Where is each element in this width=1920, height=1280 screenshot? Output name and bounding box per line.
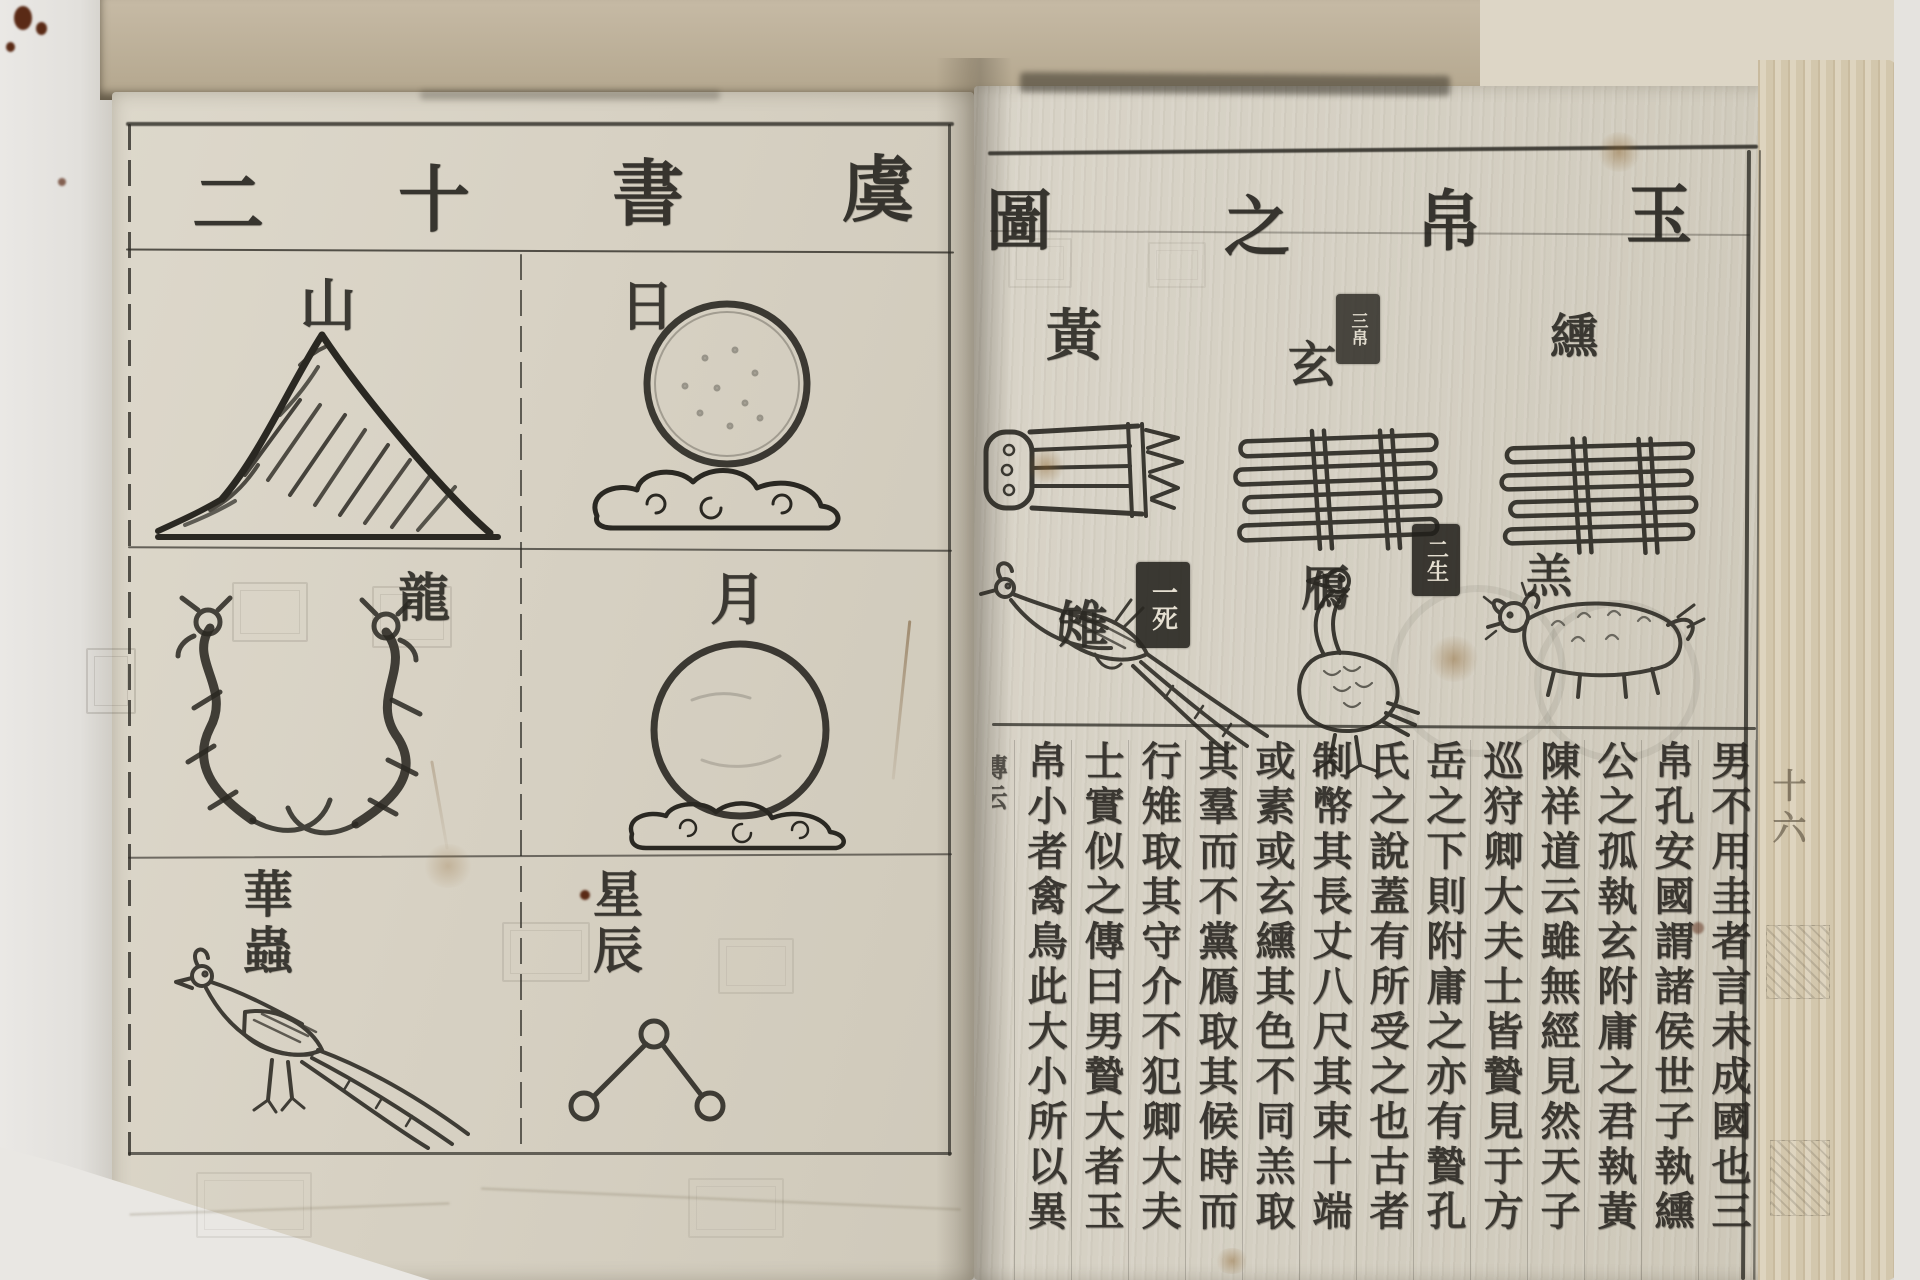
left-title-char-er: 二 [192,146,264,250]
ink-speck [580,890,590,900]
bleed-ghost-seal [502,922,590,982]
text-column: 岳之下則附庸之亦有贄孔 [1414,740,1471,1280]
left-frame-right [948,124,951,1156]
corner-speck [6,42,15,52]
corner-speck [58,178,66,186]
bleed-lattice-pattern [1770,1140,1830,1216]
text-column: 其羣而不黨鴈取其候時而 [1186,740,1243,1280]
bleed-ghost-seal [86,648,136,714]
table-surface-right [1894,0,1920,1280]
text-column: 陳祥道云雖無經見然天子 [1528,740,1585,1280]
three-linked-stars-drawing [558,1008,740,1142]
sun-disc-drawing [605,298,845,470]
bleed-lattice-pattern [1766,925,1830,999]
right-title-char-zhi: 之 [1224,174,1290,269]
ink-smudge-top-left [420,90,720,100]
page-number-margin: 十六 [1762,768,1811,852]
silk-bundle-drawing-yellow [980,408,1195,528]
sun-cloud-drawing [585,458,853,548]
bleed-ghost-seal [372,586,452,648]
left-frame-left [128,124,131,1156]
text-column: 制幣其長丈八尺其束十端 [1300,740,1357,1280]
moon-disc-drawing [632,640,852,822]
commentary-text-block: 男不用圭者言未成國也三 帛孔安國謂諸侯世子執纁 公之孤執玄附庸之君執黃 陳祥道云… [992,740,1756,1280]
text-column: 或素或玄纁其色不同羔取 [1243,740,1300,1280]
text-column: 行雉取其守介不犯卿大夫 [1129,740,1186,1280]
photo-open-woodblock-book: { "photo": { "paper_color": "#d8d2c5", "… [0,0,1920,1280]
brown-stain [1026,448,1066,484]
brown-stain [422,844,474,888]
bleed-ghost-seal [1148,242,1206,288]
silk-bundle-drawing-crimson [1500,438,1705,556]
bleed-ghost-ring [1534,600,1700,762]
text-column-side-note: 傳云 [992,740,1015,1280]
text-column: 男不用圭者言未成國也三 [1699,740,1756,1280]
mountain-drawing [150,305,510,550]
brown-stain [1596,132,1642,172]
brown-stain [1428,636,1480,682]
left-frame-top [126,122,954,126]
right-title-char-yu-jade: 玉 [1626,162,1692,257]
bleed-ghost-seal [1008,238,1072,288]
corner-speck [14,6,32,30]
text-column: 公之孤執玄附庸之君執黃 [1585,740,1642,1280]
corner-speck [36,22,47,35]
bleed-ghost-seal [232,582,308,642]
text-column: 士實似之傳曰男贄大者玉 [1072,740,1129,1280]
moon-cloud-drawing [622,796,862,854]
pheasant-bird-drawing [150,938,480,1156]
table-surface-left [0,0,114,1280]
silk-label-yellow: 黃 [1046,292,1102,372]
text-column: 帛孔安國謂諸侯世子執纁 [1642,740,1699,1280]
left-title-char-shi: 十 [398,142,470,246]
left-title-char-shu: 書 [612,136,684,240]
silk-label-black: 玄 [1288,326,1336,395]
left-title-char-yu: 虞 [842,132,914,236]
text-column: 氏之說蓋有所受之也古者 [1357,740,1414,1280]
silk-label-crimson: 纁 [1550,298,1598,367]
bleed-ghost-seal [718,938,794,994]
cell-label-moon: 月 [710,556,766,636]
right-title-char-bo: 帛 [1416,168,1482,263]
left-grid-vertical-divider [520,254,522,1154]
ink-smudge-top [1020,72,1450,96]
brown-stain [1214,1248,1250,1274]
text-column: 巡狩卿大夫士皆贄見于方 [1471,740,1528,1280]
page-stack-right-edges [1758,60,1896,1280]
text-column: 帛小者禽鳥此大小所以異 [1015,740,1072,1280]
ink-speck [1692,922,1704,934]
cartouche-three-silks: 三帛 [1336,294,1380,364]
